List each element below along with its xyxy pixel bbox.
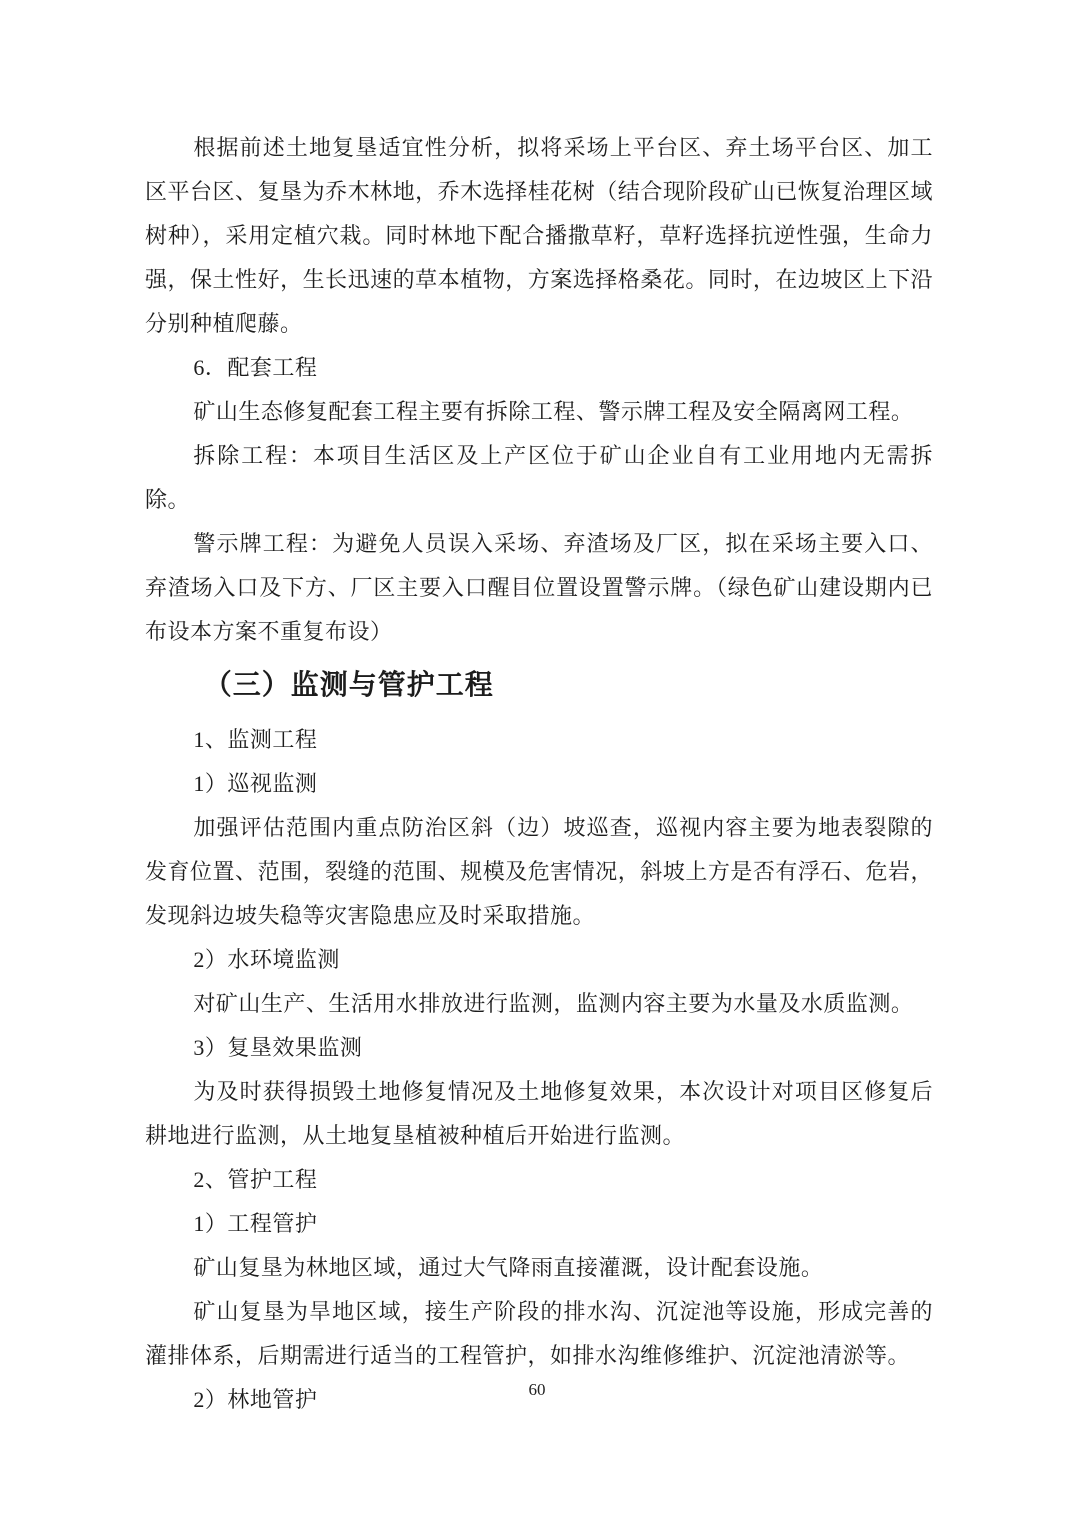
list-heading: 2）水环境监测 [145,938,933,982]
paragraph: 加强评估范围内重点防治区斜（边）坡巡查，巡视内容主要为地表裂隙的发育位置、范围，… [145,806,933,938]
list-heading: 1）巡视监测 [145,762,933,806]
list-heading: 2、管护工程 [145,1158,933,1202]
paragraph: 矿山复垦为旱地区域，接生产阶段的排水沟、沉淀池等设施，形成完善的灌排体系，后期需… [145,1290,933,1378]
section-heading: （三）监测与管护工程 [145,661,933,711]
page-number: 60 [0,1380,1074,1400]
paragraph: 拆除工程：本项目生活区及上产区位于矿山企业自有工业用地内无需拆除。 [145,434,933,522]
paragraph: 根据前述土地复垦适宜性分析，拟将采场上平台区、弃土场平台区、加工区平台区、复垦为… [145,126,933,346]
paragraph: 对矿山生产、生活用水排放进行监测，监测内容主要为水量及水质监测。 [145,982,933,1026]
document-content: 根据前述土地复垦适宜性分析，拟将采场上平台区、弃土场平台区、加工区平台区、复垦为… [145,126,933,1422]
paragraph: 矿山复垦为林地区域，通过大气降雨直接灌溉，设计配套设施。 [145,1246,933,1290]
list-heading: 3）复垦效果监测 [145,1026,933,1070]
paragraph: 矿山生态修复配套工程主要有拆除工程、警示牌工程及安全隔离网工程。 [145,390,933,434]
list-heading: 1、监测工程 [145,718,933,762]
list-heading: 1）工程管护 [145,1202,933,1246]
paragraph: 为及时获得损毁土地修复情况及土地修复效果，本次设计对项目区修复后耕地进行监测，从… [145,1070,933,1158]
document-page: 根据前述土地复垦适宜性分析，拟将采场上平台区、弃土场平台区、加工区平台区、复垦为… [0,0,1074,1520]
sub-heading: 6．配套工程 [145,346,933,390]
paragraph: 警示牌工程：为避免人员误入采场、弃渣场及厂区，拟在采场主要入口、弃渣场入口及下方… [145,522,933,654]
